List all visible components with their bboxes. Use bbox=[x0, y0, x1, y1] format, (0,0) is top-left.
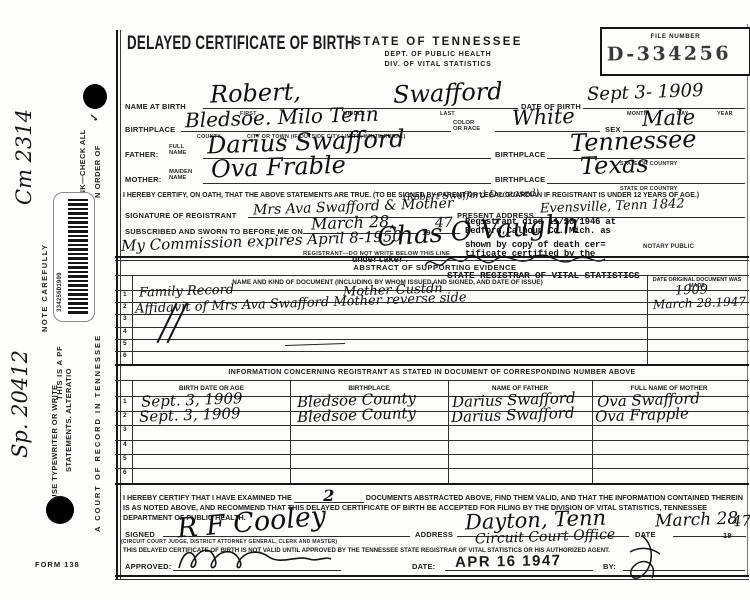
table2-row-number: 2 bbox=[123, 412, 127, 419]
check-icon: ✓ bbox=[88, 113, 101, 122]
info-row2-father: Darius Swafford bbox=[451, 404, 575, 426]
file-number-label: FILE NUMBER bbox=[602, 33, 749, 40]
table1-row-number: 6 bbox=[123, 352, 127, 359]
color-value: White bbox=[512, 104, 576, 130]
mother-name-value: Ova Frable bbox=[211, 151, 347, 184]
table2-row-line bbox=[115, 468, 749, 469]
mother-blank-line bbox=[203, 183, 491, 184]
file-number-stamp: D-334256 bbox=[607, 42, 731, 65]
signature-of-registrant-label: SIGNATURE OF REGISTRANT bbox=[125, 211, 237, 220]
scanned-certificate-page: Cm 2314 Sp. 20412 NOTE CAREFULLY THIS IS… bbox=[0, 0, 750, 600]
dob-value: Sept 3- 1909 bbox=[587, 80, 704, 105]
document-count-value: 2 bbox=[323, 486, 334, 505]
date-year-value: 47 bbox=[732, 512, 750, 531]
table1-row-line bbox=[115, 339, 749, 340]
table1-row-line bbox=[115, 351, 749, 352]
year-label: YEAR bbox=[717, 111, 733, 117]
section-rule-thin bbox=[115, 260, 749, 261]
state-name: STATE OF TENNESSEE bbox=[352, 36, 524, 48]
mother-birthplace-label: BIRTHPLACE bbox=[495, 175, 545, 184]
name-last-value: Swafford bbox=[393, 77, 504, 109]
mother-label: MOTHER: bbox=[125, 175, 161, 184]
table1-row-number: 2 bbox=[123, 303, 127, 310]
margin-court-record: A COURT OF RECORD IN TENNESSEE bbox=[93, 334, 102, 532]
table2-row-number: 5 bbox=[123, 455, 127, 462]
name-at-birth-label: NAME AT BIRTH bbox=[125, 102, 186, 111]
address-value-2: Circuit Court Office bbox=[475, 527, 616, 548]
approved-signature-scribble bbox=[175, 544, 335, 574]
approved-date-label: DATE: bbox=[412, 562, 435, 571]
state-header: STATE OF TENNESSEE DEPT. OF PUBLIC HEALT… bbox=[352, 36, 524, 68]
approved-label: APPROVED: bbox=[125, 562, 171, 571]
by-label: BY: bbox=[603, 562, 616, 571]
certify2-pre: I HEREBY CERTIFY THAT I HAVE EXAMINED TH… bbox=[123, 493, 292, 502]
last-label: LAST bbox=[440, 111, 455, 117]
division: DIV. OF VITAL STATISTICS bbox=[352, 61, 524, 68]
color-or-race-label: COLOR OR RACE bbox=[453, 120, 481, 133]
info-row2-place: Bledsoe County bbox=[297, 404, 417, 426]
left-border-inner bbox=[120, 30, 121, 579]
table1-row-number: 4 bbox=[123, 328, 127, 335]
table1-top-rule bbox=[115, 275, 749, 276]
margin-ink-check: INK—CHECK ALL bbox=[78, 129, 87, 198]
margin-statements: STATEMENTS. ALTERATIO bbox=[64, 368, 73, 472]
info-row2-date: Sept. 3, 1909 bbox=[139, 404, 241, 426]
table2-row-number: 6 bbox=[123, 469, 127, 476]
father-label: FATHER: bbox=[125, 150, 158, 159]
barcode-icon bbox=[68, 199, 88, 315]
bottom-rule-thick bbox=[115, 575, 749, 577]
hole-punch-bottom bbox=[46, 496, 74, 524]
form-title: DELAYED CERTIFICATE OF BIRTH bbox=[127, 33, 355, 55]
table1-row-line bbox=[115, 327, 749, 328]
hole-punch-top bbox=[83, 84, 107, 109]
margin-use-typewriter: USE TYPEWRITER OR WRITE bbox=[50, 385, 59, 500]
right-border bbox=[747, 24, 748, 577]
margin-in-order-of: N ORDER OF bbox=[93, 145, 102, 198]
full-name-label: FULL NAME bbox=[169, 144, 197, 157]
maiden-name-label: MAIDEN NAME bbox=[169, 169, 197, 182]
notary-public-label: NOTARY PUBLIC bbox=[643, 244, 694, 250]
margin-note-carefully: NOTE CAREFULLY bbox=[40, 243, 49, 332]
table2-top-rule bbox=[115, 380, 749, 381]
department: DEPT. OF PUBLIC HEALTH bbox=[352, 51, 524, 58]
certificate-form: DELAYED CERTIFICATE OF BIRTH STATE OF TE… bbox=[115, 22, 749, 582]
info-row2-mother: Ova Frapple bbox=[595, 404, 689, 425]
approved-date-stamp: APR 16 1947 bbox=[455, 552, 562, 571]
table1-row-number: 1 bbox=[123, 291, 127, 298]
table1-row-number: 5 bbox=[123, 340, 127, 347]
margin-handwritten-note-upper: Cm 2314 bbox=[12, 109, 36, 205]
date-line bbox=[673, 536, 746, 537]
address-label: ADDRESS bbox=[415, 530, 453, 539]
birthplace-label: BIRTHPLACE bbox=[125, 125, 175, 134]
margin-handwritten-note-lower: Sp. 20412 bbox=[8, 350, 32, 458]
barcode-number: 334256D1909 bbox=[56, 272, 63, 312]
table2-row-number: 3 bbox=[123, 426, 127, 433]
abstract-title: ABSTRACT OF SUPPORTING EVIDENCE bbox=[275, 263, 595, 272]
document-count-blank: 2 bbox=[294, 489, 364, 503]
left-border-outer bbox=[116, 30, 118, 579]
table1-bottom-rule bbox=[115, 364, 749, 366]
table1-row2-date: March 28.1947 bbox=[653, 294, 747, 311]
registrant-signature-note: (Robert Swafford Deceased) bbox=[403, 188, 539, 204]
table2-row-line bbox=[115, 440, 749, 441]
form-number: FORM 138 bbox=[35, 560, 80, 569]
file-number-box: FILE NUMBER D-334256 bbox=[600, 27, 750, 76]
signed-label: SIGNED bbox=[125, 530, 155, 539]
mother-birthplace-line bbox=[547, 183, 745, 184]
section-rule-thick bbox=[115, 256, 749, 258]
table2-bottom-rule bbox=[115, 483, 749, 485]
father-birthplace-label: BIRTHPLACE bbox=[495, 150, 545, 159]
table2-row-line bbox=[115, 425, 749, 426]
pen-stroke bbox=[285, 343, 345, 346]
bottom-rule-thin bbox=[115, 579, 749, 580]
mother-birthplace-value: Texas bbox=[580, 150, 649, 180]
info-title: INFORMATION CONCERNING REGISTRANT AS STA… bbox=[135, 369, 729, 376]
date-value: March 28 bbox=[655, 509, 739, 532]
table2-row-line bbox=[115, 454, 749, 455]
table2-row-number: 4 bbox=[123, 441, 127, 448]
table1-row-number: 3 bbox=[123, 315, 127, 322]
table2-row-number: 1 bbox=[123, 398, 127, 405]
